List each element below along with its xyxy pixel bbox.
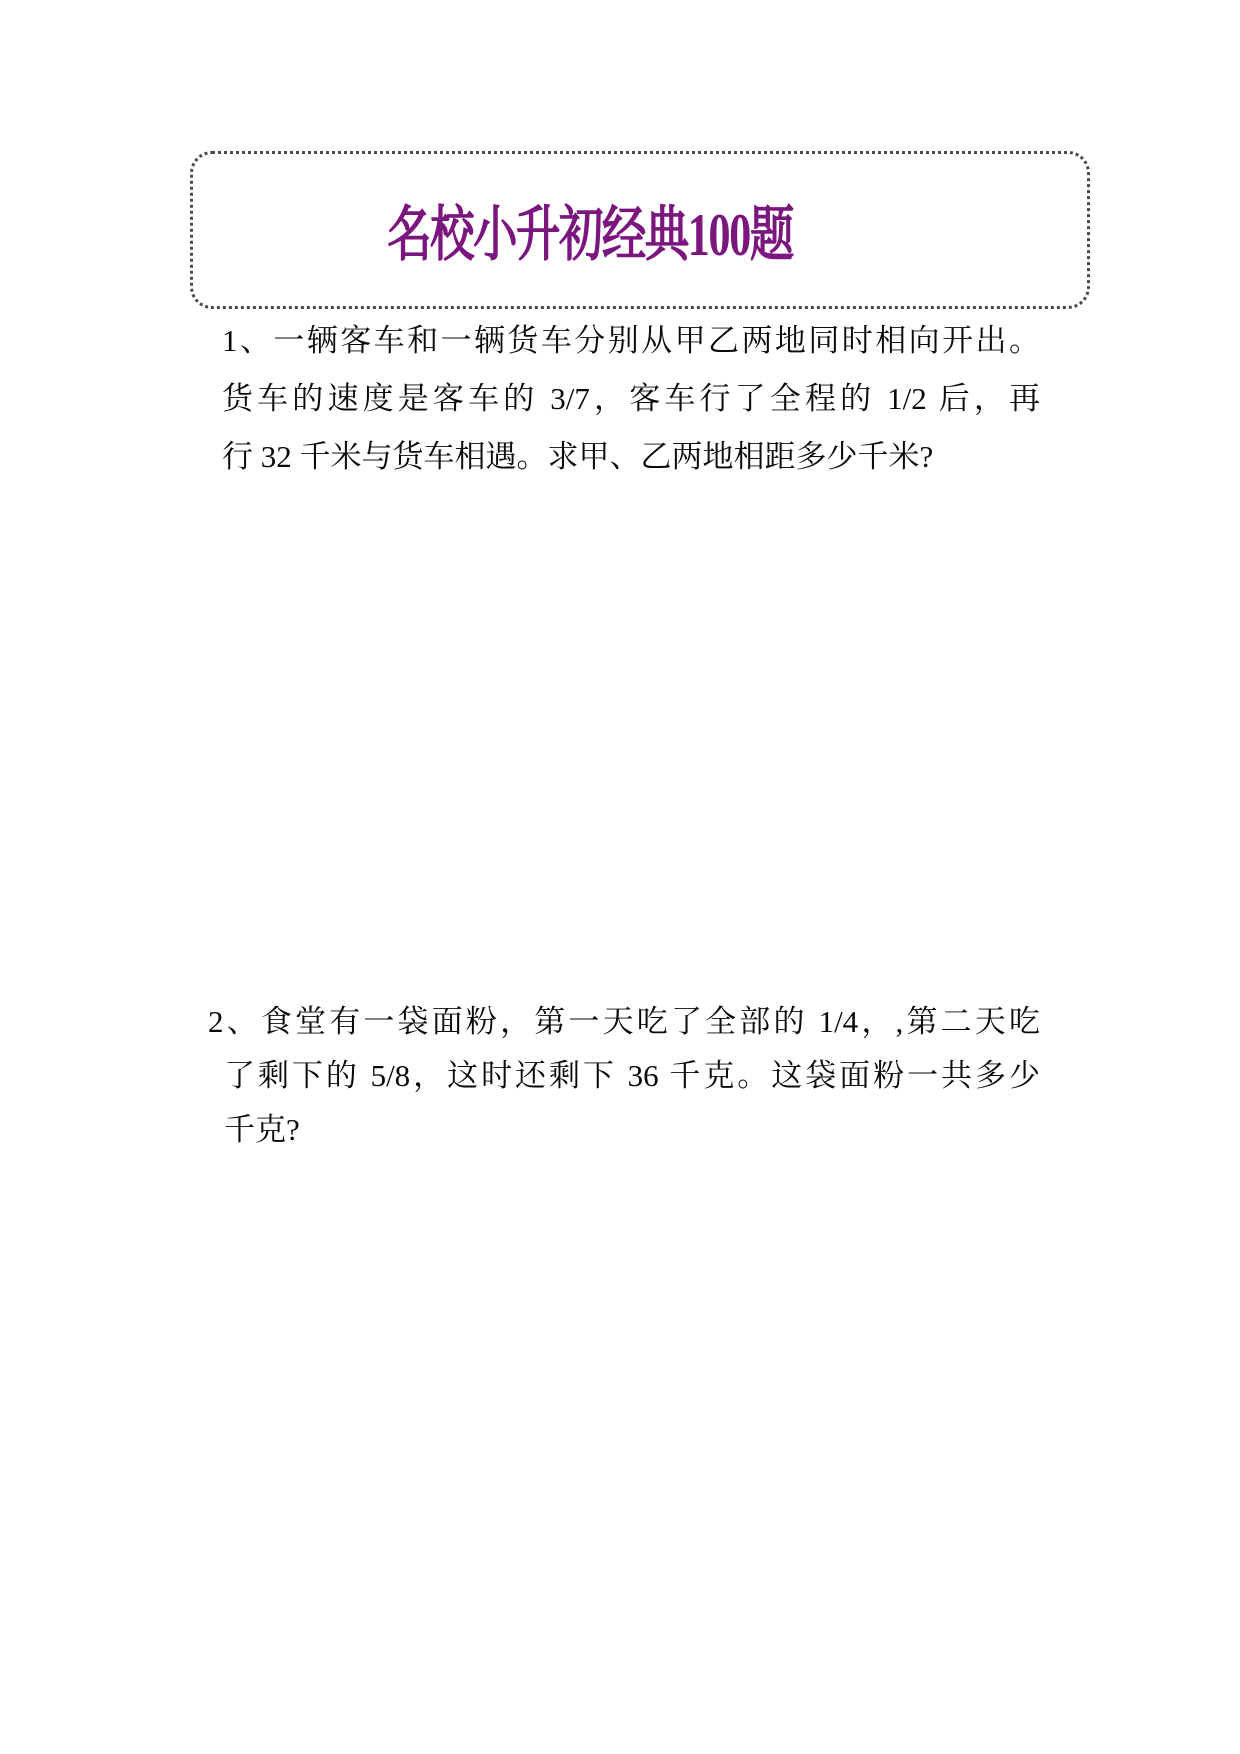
page-title: 名校小升初经典100题 [387, 187, 793, 273]
problem-1-line-3: 行 32 千米与货车相遇。求甲、乙两地相距多少千米? [222, 428, 1040, 486]
worksheet-page: 名校小升初经典100题 1、一辆客车和一辆货车分别从甲乙两地同时相向开出。 货车… [0, 0, 1240, 1754]
problem-1-line-2: 货车的速度是客车的 3/7，客车行了全程的 1/2 后，再 [222, 370, 1040, 428]
problem-1-line-1: 1、一辆客车和一辆货车分别从甲乙两地同时相向开出。 [222, 312, 1040, 370]
problem-2-line-2: 了剩下的 5/8，这时还剩下 36 千克。这袋面粉一共多少 [224, 1049, 1040, 1103]
title-box: 名校小升初经典100题 [190, 151, 1090, 309]
problem-2-line-3: 千克? [224, 1103, 1040, 1157]
problem-2-line-1: 2、食堂有一袋面粉，第一天吃了全部的 1/4，,第二天吃 [224, 995, 1040, 1049]
problem-2: 2、食堂有一袋面粉，第一天吃了全部的 1/4，,第二天吃 了剩下的 5/8，这时… [224, 995, 1040, 1157]
problem-1: 1、一辆客车和一辆货车分别从甲乙两地同时相向开出。 货车的速度是客车的 3/7，… [222, 312, 1040, 486]
